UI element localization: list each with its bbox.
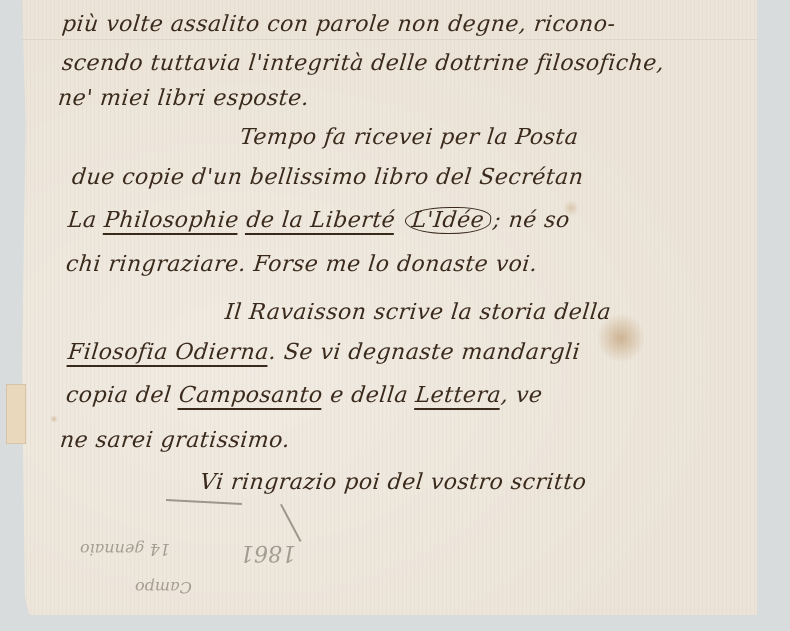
paper-fold-crease xyxy=(22,38,757,40)
text-segment: . Se vi degnaste mandargli xyxy=(268,340,582,365)
circled-annotation: L'Idée xyxy=(403,207,492,234)
spot xyxy=(50,415,58,423)
book-title-underlined: Camposanto xyxy=(178,383,324,408)
archival-note: 14 gennaio xyxy=(80,540,170,559)
book-title-underlined: de la Liberté xyxy=(245,208,397,233)
text-segment: La xyxy=(67,208,98,233)
archival-note: Campo xyxy=(135,578,192,597)
text-line-7: chi ringraziare. Forse me lo donaste voi… xyxy=(65,252,539,277)
book-title-underlined: Lettera xyxy=(414,383,502,408)
archival-number: 1861 xyxy=(240,540,296,565)
text-segment: ; né so xyxy=(492,208,571,233)
text-segment: copia del xyxy=(65,383,173,408)
book-title-underlined: Philosophie xyxy=(103,208,240,233)
text-line-3: ne' miei libri esposte. xyxy=(57,86,311,111)
paper-hinge-tab xyxy=(6,384,26,444)
text-line-6: La Philosophie de la Liberté L'Idée; né … xyxy=(67,207,572,234)
text-line-1: più volte assalito con parole non degne,… xyxy=(61,12,617,37)
text-line-9: Filosofia Odierna. Se vi degnaste mandar… xyxy=(67,340,582,365)
book-title-underlined: Filosofia Odierna xyxy=(67,340,271,365)
text-segment: , ve xyxy=(500,383,544,408)
text-line-11: ne sarei gratissimo. xyxy=(59,428,292,453)
text-line-10: copia del Camposanto e della Lettera, ve xyxy=(65,383,544,408)
text-line-5: due copie d'un bellissimo libro del Secr… xyxy=(71,165,585,190)
text-line-4: Tempo fa ricevei per la Posta xyxy=(239,125,580,150)
text-line-8: Il Ravaisson scrive la storia della xyxy=(224,300,613,325)
text-line-2: scendo tuttavia l'integrità delle dottri… xyxy=(61,51,666,76)
text-segment: e della xyxy=(329,383,409,408)
text-line-12: Vi ringrazio poi del vostro scritto xyxy=(199,470,588,495)
